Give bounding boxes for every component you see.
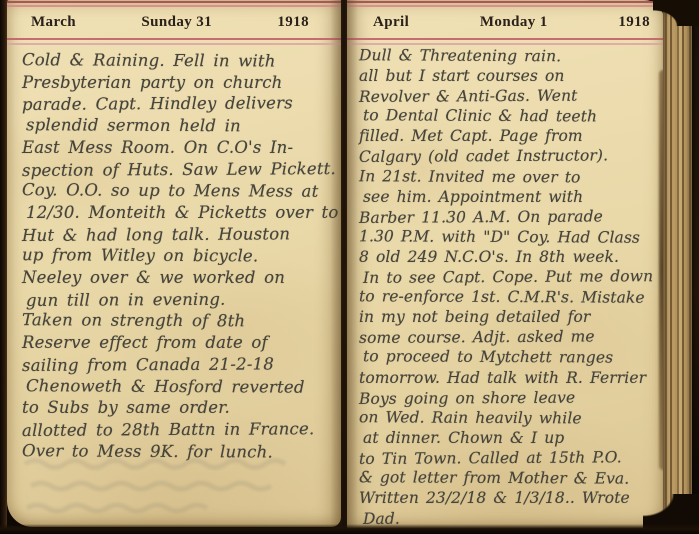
red-rule xyxy=(7,43,341,45)
book-cover-bottom-edge xyxy=(0,524,699,534)
diary-entry: Cold & Raining. Fell in withPresbyterian… xyxy=(7,50,341,462)
handwritten-line: gun till on in evening. xyxy=(22,288,335,312)
handwritten-line: to Subs by same order. xyxy=(22,397,335,419)
red-rule xyxy=(347,38,664,40)
handwritten-line: splendid sermon held in xyxy=(22,114,335,137)
handwritten-line: up from Witley on bicycle. xyxy=(22,245,335,268)
right-page: April Monday 1 1918 Dull & Threatening r… xyxy=(347,0,664,529)
page-header: March Sunday 31 1918 xyxy=(7,9,341,36)
handwritten-line: Neeley over & we worked on xyxy=(22,267,335,289)
handwritten-line: 1.30 P.M. with "D" Coy. Had Class xyxy=(359,226,662,248)
handwritten-line: see him. Appointment with xyxy=(359,187,662,207)
handwritten-line: Taken on strength of 8th xyxy=(22,310,335,333)
red-rule xyxy=(347,5,664,7)
handwritten-line: at dinner. Chown & I up xyxy=(359,428,662,448)
handwritten-line: all but I start courses on xyxy=(359,66,662,86)
handwritten-line: Hut & had long talk. Houston xyxy=(22,223,335,247)
handwritten-line: to Dental Clinic & had teeth xyxy=(359,105,662,127)
handwritten-line: some course. Adjt. asked me xyxy=(359,326,662,348)
page-gutter xyxy=(330,0,358,531)
handwritten-line: Coy. O.O. so up to Mens Mess at xyxy=(22,179,335,202)
handwritten-line: Presbyterian party on church xyxy=(22,72,335,94)
red-rule xyxy=(7,1,341,3)
book-cover-left-edge xyxy=(0,0,7,534)
handwritten-line: parade. Capt. Hindley delivers xyxy=(22,92,335,116)
handwritten-line: In 21st. Invited me over to xyxy=(359,166,662,188)
handwritten-line: to Tin Town. Called at 15th P.O. xyxy=(359,447,662,469)
handwritten-line: East Mess Room. On C.O's In- xyxy=(22,137,335,159)
page-edges xyxy=(663,5,692,527)
handwritten-line: Dull & Threatening rain. xyxy=(359,45,662,67)
handwritten-line: Cold & Raining. Fell in with xyxy=(22,49,335,72)
left-page: March Sunday 31 1918 Cold & Raining. Fel… xyxy=(7,0,341,527)
handwritten-line: Boys going on shore leave xyxy=(359,387,662,409)
book-cover-top-right xyxy=(653,0,699,26)
diary-entry: Dull & Threatening rain.all but I start … xyxy=(347,46,664,528)
handwritten-line: Revolver & Anti-Gas. Went xyxy=(359,85,662,107)
year-label: 1918 xyxy=(277,14,309,31)
red-rule xyxy=(7,38,341,40)
page-header: April Monday 1 1918 xyxy=(347,9,664,36)
handwritten-line: on Wed. Rain heavily while xyxy=(359,407,662,429)
handwritten-line: In to see Capt. Cope. Put me down xyxy=(359,266,662,288)
day-label: Monday 1 xyxy=(480,14,548,31)
handwritten-line: Reserve effect from date of xyxy=(22,332,335,354)
handwritten-line: spection of Huts. Saw Lew Pickett. xyxy=(22,158,335,182)
handwritten-line: in my not being detailed for xyxy=(359,307,662,327)
month-label: March xyxy=(31,14,76,31)
bleed-through-texture xyxy=(21,452,321,524)
red-rule xyxy=(7,5,341,7)
handwritten-line: Written 23/2/18 & 1/3/18.. Wrote xyxy=(359,488,662,508)
year-label: 1918 xyxy=(618,14,650,31)
handwritten-line: filled. Met Capt. Page from xyxy=(359,126,662,146)
handwritten-line: tomorrow. Had talk with R. Ferrier xyxy=(359,368,662,388)
handwritten-line: Chenoweth & Hosford reverted xyxy=(22,375,335,398)
handwritten-line: & got letter from Mother & Eva. xyxy=(359,467,662,489)
handwritten-line: 12/30. Monteith & Picketts over to xyxy=(22,202,335,224)
day-label: Sunday 31 xyxy=(141,14,212,31)
handwritten-line: allotted to 28th Battn in France. xyxy=(22,418,335,442)
red-rule xyxy=(347,1,664,3)
handwritten-line: to proceed to Mytchett ranges xyxy=(359,347,662,369)
handwritten-line: Barber 11.30 A.M. On parade xyxy=(359,206,662,228)
handwritten-line: sailing from Canada 21-2-18 xyxy=(22,353,335,377)
month-label: April xyxy=(373,14,409,31)
diary-photo: March Sunday 31 1918 Cold & Raining. Fel… xyxy=(0,0,699,534)
handwritten-line: to re-enforce 1st. C.M.R's. Mistake xyxy=(359,286,662,308)
handwritten-line: Calgary (old cadet Instructor). xyxy=(359,146,662,168)
handwritten-line: 8 old 249 N.C.O's. In 8th week. xyxy=(359,247,662,267)
